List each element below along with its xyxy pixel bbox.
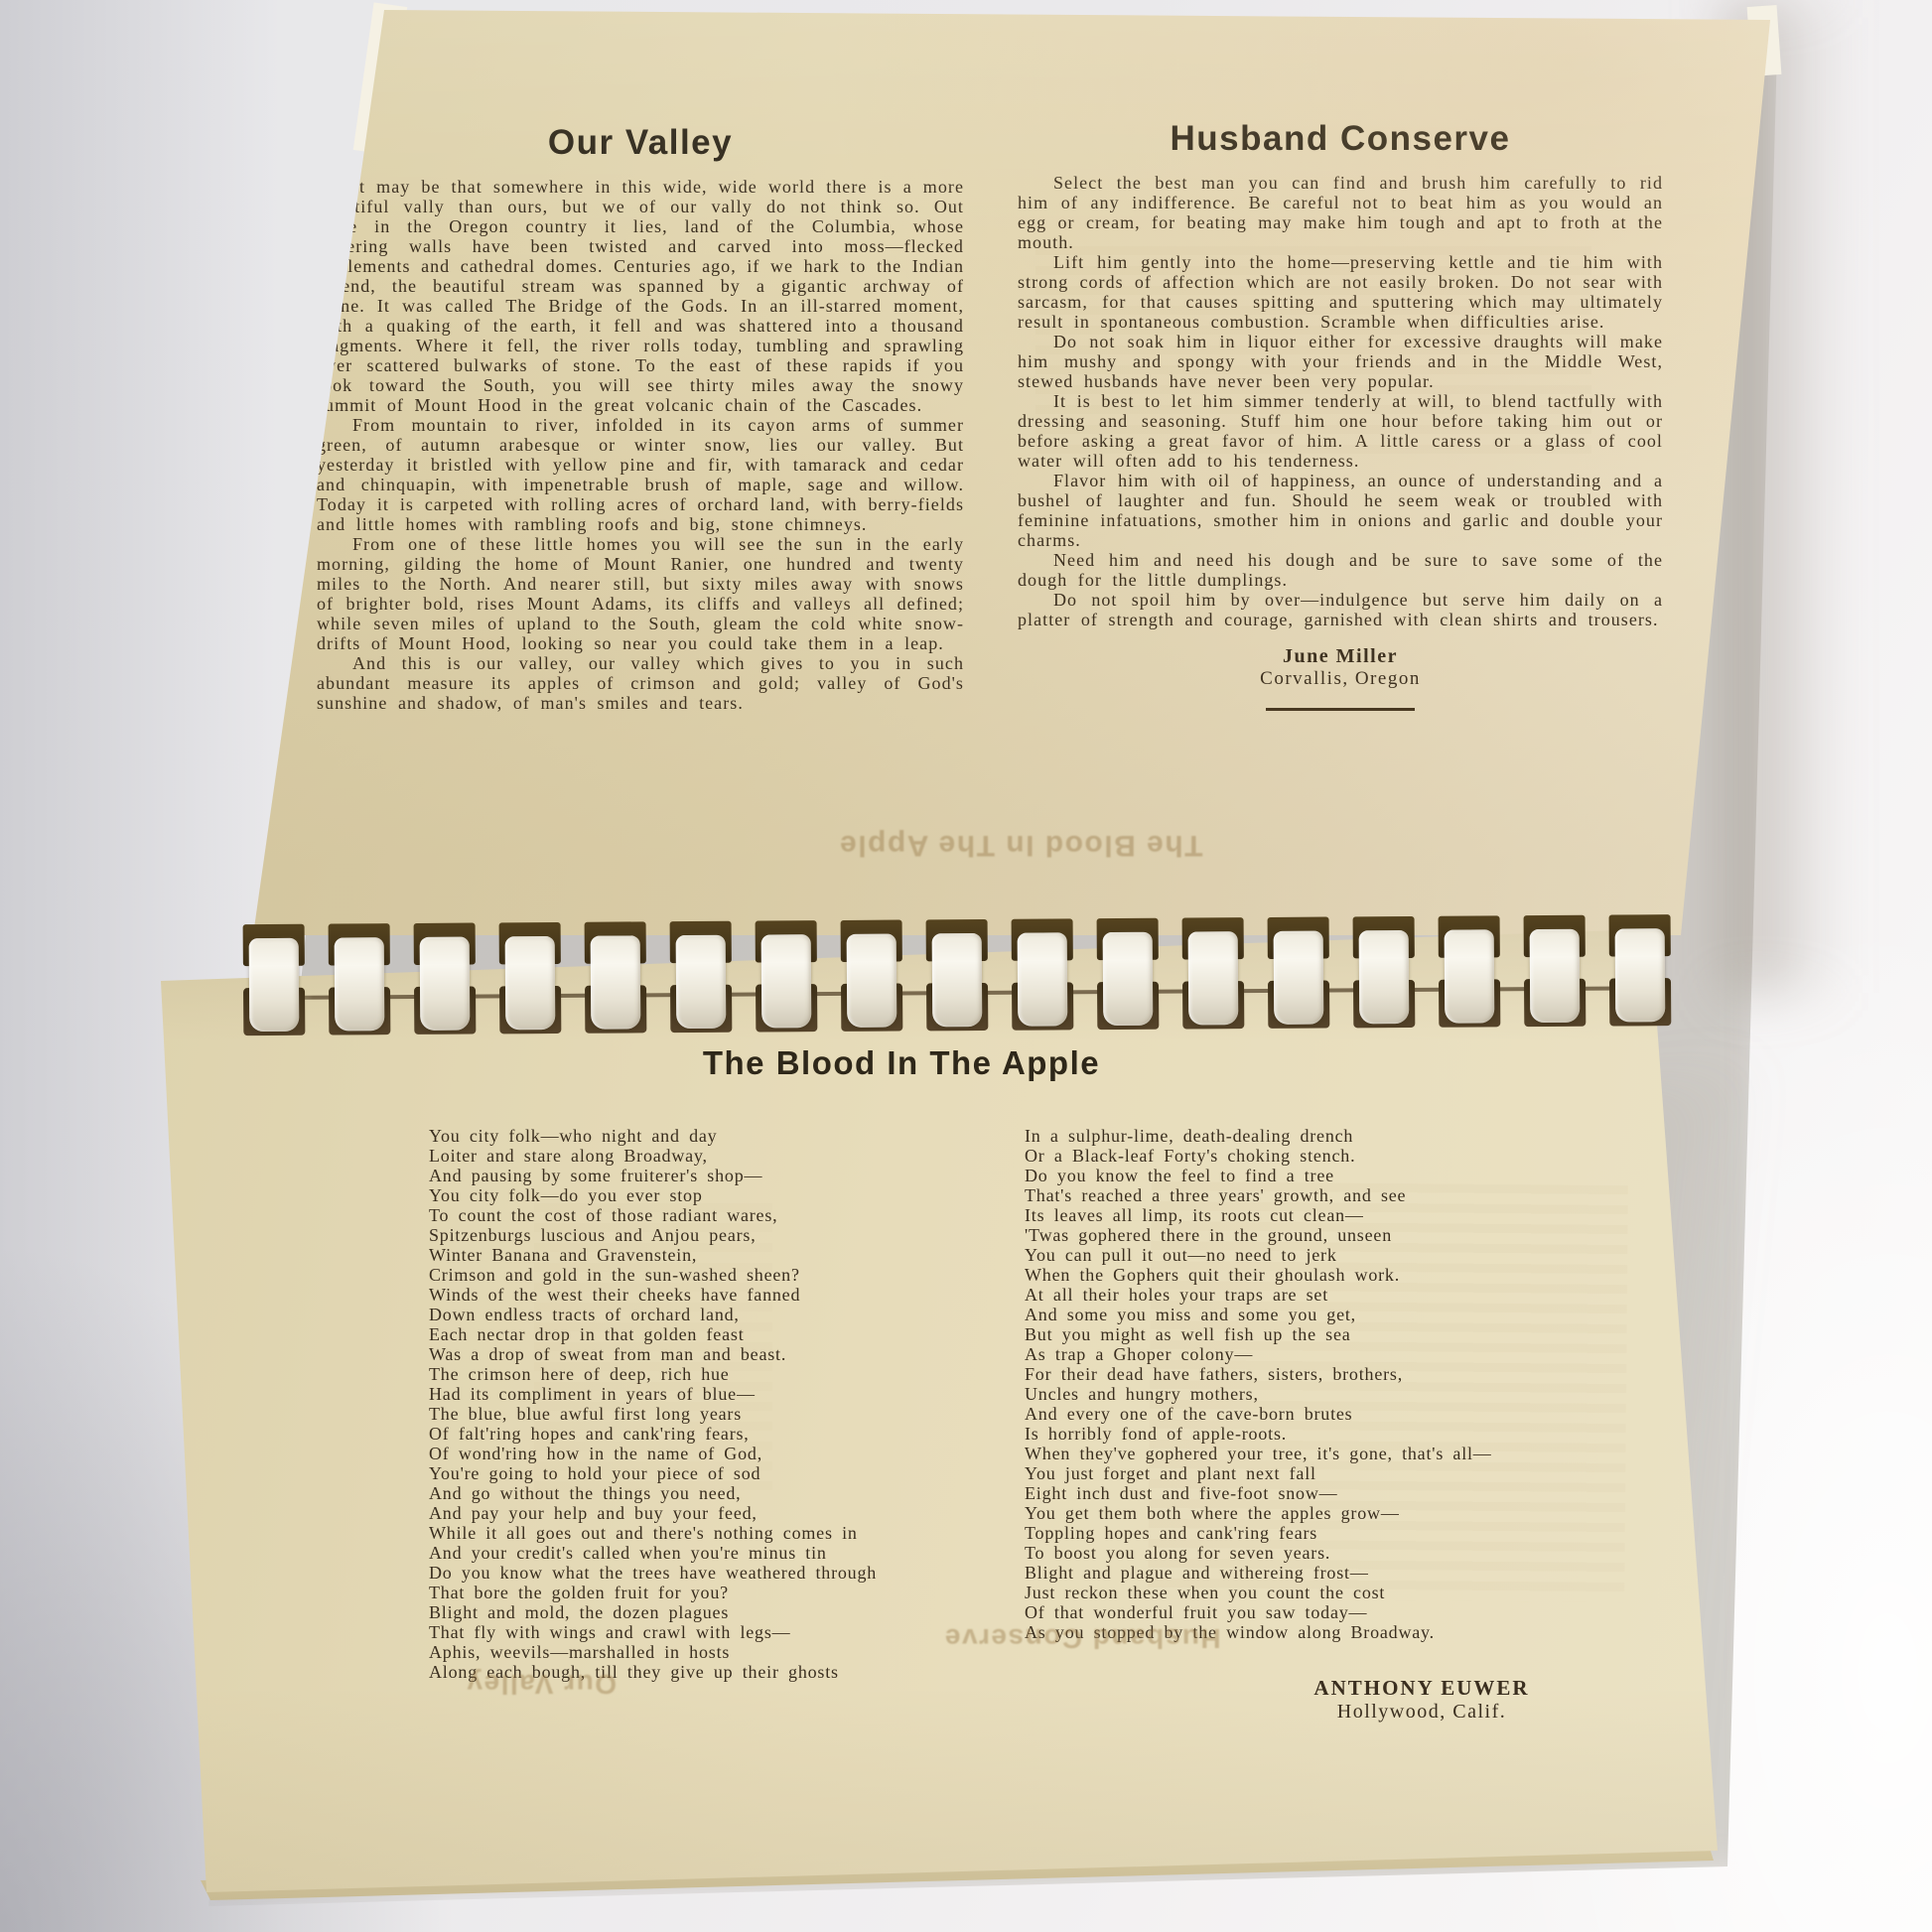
binding-tooth <box>1274 931 1324 1025</box>
article-husband-conserve: Husband Conserve Select the best man you… <box>1018 119 1663 711</box>
poem-line: But you might as well fish up the sea <box>1025 1324 1660 1344</box>
poem-line: Aphis, weevils—marshalled in hosts <box>429 1642 1025 1662</box>
poem-line: That fly with wings and crawl with legs— <box>429 1622 1025 1642</box>
poem-column-right: In a sulphur-lime, death-dealing drenchO… <box>1025 1126 1660 1724</box>
binding-ring <box>926 913 991 1048</box>
poem-line: Spitzenburgs luscious and Anjou pears, <box>429 1225 1025 1245</box>
binding-ring <box>329 917 393 1052</box>
poem-line: And pausing by some fruiterer's shop— <box>429 1166 1025 1185</box>
paragraph: From one of these little homes you will … <box>317 534 964 653</box>
poem-line: To count the cost of those radiant wares… <box>429 1205 1025 1225</box>
paragraph: Do not spoil him by over—indulgence but … <box>1018 590 1663 629</box>
poem-line: Its leaves all limp, its roots cut clean… <box>1025 1205 1660 1225</box>
poem-line: You get them both where the apples grow— <box>1025 1503 1660 1523</box>
poem-line: Along each bough, till they give up thei… <box>429 1662 1025 1682</box>
paragraph: From mountain to river, infolded in its … <box>317 415 964 534</box>
binding-ring <box>1524 909 1588 1044</box>
poem-line: That's reached a three years' growth, an… <box>1025 1185 1660 1205</box>
binding-ring <box>1012 912 1076 1047</box>
poem-line: Of falt'ring hopes and cank'ring fears, <box>429 1424 1025 1444</box>
binding-tooth <box>1188 931 1239 1025</box>
poem-line: Is horribly fond of apple-roots. <box>1025 1424 1660 1444</box>
article-title-our-valley: Our Valley <box>317 123 964 163</box>
poem-line: When the Gophers quit their ghoulash wor… <box>1025 1265 1660 1285</box>
poem-line: And every one of the cave-born brutes <box>1025 1404 1660 1424</box>
poem-line: Loiter and stare along Broadway, <box>429 1146 1025 1166</box>
binding-tooth <box>335 937 385 1031</box>
binding-tooth <box>505 936 556 1030</box>
poem-line: And go without the things you need, <box>429 1483 1025 1503</box>
binding-ring <box>243 918 308 1053</box>
poem-line: You city folk—do you ever stop <box>429 1185 1025 1205</box>
binding-tooth <box>1445 929 1495 1023</box>
paragraph: Flavor him with oil of happiness, an oun… <box>1018 471 1663 550</box>
poem-line: To boost you along for seven years. <box>1025 1543 1660 1563</box>
paragraph: Select the best man you can find and bru… <box>1018 173 1663 252</box>
binding-tooth <box>847 934 897 1028</box>
paragraph: And this is our valley, our valley which… <box>317 653 964 713</box>
poem-line: Do you know what the trees have weathere… <box>429 1563 1025 1583</box>
poem-line: While it all goes out and there's nothin… <box>429 1523 1025 1543</box>
poem-line: You city folk—who night and day <box>429 1126 1025 1146</box>
poem-line: Uncles and hungry mothers, <box>1025 1384 1660 1404</box>
poem-line: Do you know the feel to find a tree <box>1025 1166 1660 1185</box>
binding-ring <box>1268 911 1332 1046</box>
binding-ring <box>670 915 735 1050</box>
poem-line: And some you miss and some you get, <box>1025 1305 1660 1324</box>
poem-line: Of wond'ring how in the name of God, <box>429 1444 1025 1463</box>
paragraph: Lift him gently into the home—preserving… <box>1018 252 1663 332</box>
binding-tooth <box>249 938 300 1032</box>
binding-ring <box>499 916 564 1051</box>
article-our-valley: Our Valley It may be that somewhere in t… <box>317 123 964 713</box>
binding-tooth <box>761 934 812 1028</box>
article-body-husband-conserve: Select the best man you can find and bru… <box>1018 173 1663 629</box>
poem-line: That bore the golden fruit for you? <box>429 1583 1025 1602</box>
top-page: Our Valley It may be that somewhere in t… <box>251 8 1780 937</box>
binding-tooth <box>676 935 727 1029</box>
attribution-name: ANTHONY EUWER <box>1193 1676 1650 1701</box>
binding-tooth <box>1103 932 1154 1026</box>
attribution-husband-conserve: June Miller Corvallis, Oregon <box>1018 645 1663 711</box>
binding-tooth <box>932 933 983 1027</box>
binding-tooth <box>1018 932 1068 1026</box>
poem-line: Toppling hopes and cank'ring fears <box>1025 1523 1660 1543</box>
attribution-poem: ANTHONY EUWER Hollywood, Calif. <box>1193 1676 1650 1724</box>
poem-line: You can pull it out—no need to jerk <box>1025 1245 1660 1265</box>
poem-line: Winter Banana and Gravenstein, <box>429 1245 1025 1265</box>
paragraph: It is best to let him simmer tenderly at… <box>1018 391 1663 471</box>
poem-line: In a sulphur-lime, death-dealing drench <box>1025 1126 1660 1146</box>
divider-rule <box>1266 708 1415 711</box>
article-title-husband-conserve: Husband Conserve <box>1018 119 1663 159</box>
bottom-page: The Blood In The Apple You city folk—who… <box>157 925 1722 1898</box>
poem-line: Blight and plague and withereing frost— <box>1025 1563 1660 1583</box>
ghost-show-through-lines <box>534 1203 772 1501</box>
binding-ring <box>1353 910 1418 1045</box>
poem-line: And your credit's called when you're min… <box>429 1543 1025 1563</box>
poem-line: At all their holes your traps are set <box>1025 1285 1660 1305</box>
poem-line: Was a drop of sweat from man and beast. <box>429 1344 1025 1364</box>
binding-tooth <box>420 937 471 1031</box>
poem-line: 'Twas gophered there in the ground, unse… <box>1025 1225 1660 1245</box>
poem-line: Each nectar drop in that golden feast <box>429 1324 1025 1344</box>
poem-line: As trap a Ghoper colony— <box>1025 1344 1660 1364</box>
binding-ring <box>756 914 820 1049</box>
binding-ring <box>414 917 479 1052</box>
poem-line <box>1025 1642 1660 1662</box>
ghost-show-through-lines <box>1148 1181 1628 1602</box>
binding-tooth <box>1530 929 1581 1023</box>
poem-line: Crimson and gold in the sun-washed sheen… <box>429 1265 1025 1285</box>
binding-ring <box>1439 909 1503 1044</box>
poem-line: You just forget and plant next fall <box>1025 1463 1660 1483</box>
poem-line: And pay your help and buy your feed, <box>429 1503 1025 1523</box>
poem-line: Blight and mold, the dozen plagues <box>429 1602 1025 1622</box>
ghost-show-through-title: The Blood In The Apple <box>807 828 1234 862</box>
binding-ring <box>1609 908 1674 1043</box>
poem-line: Just reckon these when you count the cos… <box>1025 1583 1660 1602</box>
poem-line: Winds of the west their cheeks have fann… <box>429 1285 1025 1305</box>
comb-binding <box>243 908 1714 1053</box>
binding-ring <box>1182 911 1247 1046</box>
binding-ring <box>585 915 649 1050</box>
poem-line: For their dead have fathers, sisters, br… <box>1025 1364 1660 1384</box>
poem-line: You're going to hold your piece of sod <box>429 1463 1025 1483</box>
poem-lines-right: In a sulphur-lime, death-dealing drenchO… <box>1025 1126 1660 1662</box>
poem-line: The crimson here of deep, rich hue <box>429 1364 1025 1384</box>
attribution-name: June Miller <box>1018 645 1663 668</box>
binding-tooth <box>1359 930 1410 1024</box>
binding-ring <box>1097 912 1162 1047</box>
paragraph: Need him and need his dough and be sure … <box>1018 550 1663 590</box>
article-body-our-valley: It may be that somewhere in this wide, w… <box>317 177 964 713</box>
poem-line: Eight inch dust and five-foot snow— <box>1025 1483 1660 1503</box>
photo-of-spiral-bound-booklet: Our Valley It may be that somewhere in t… <box>0 0 1932 1932</box>
binding-ring <box>841 914 905 1049</box>
paragraph: It may be that somewhere in this wide, w… <box>317 177 964 415</box>
ghost-show-through-title-our-valley: Our Valley <box>417 1668 665 1700</box>
poem-line: When they've gophered your tree, it's go… <box>1025 1444 1660 1463</box>
binding-tooth <box>1615 928 1666 1022</box>
poem-line: Of that wonderful fruit you saw today— <box>1025 1602 1660 1622</box>
poem-line: Down endless tracts of orchard land, <box>429 1305 1025 1324</box>
poem-line: As you stopped by the window along Broad… <box>1025 1622 1660 1642</box>
poem-line: Had its compliment in years of blue— <box>429 1384 1025 1404</box>
binding-tooth <box>591 935 641 1029</box>
attribution-location: Corvallis, Oregon <box>1018 668 1663 690</box>
ghost-show-through-title-husband: Husband Conserve <box>903 1622 1261 1654</box>
ghost-show-through-lines <box>1035 246 1591 465</box>
poem-column-left: You city folk—who night and dayLoiter an… <box>429 1126 1025 1682</box>
poem-line: Or a Black-leaf Forty's choking stench. <box>1025 1146 1660 1166</box>
poem-line: The blue, blue awful first long years <box>429 1404 1025 1424</box>
attribution-location: Hollywood, Calif. <box>1193 1701 1650 1724</box>
paragraph: Do not soak him in liquor either for exc… <box>1018 332 1663 391</box>
